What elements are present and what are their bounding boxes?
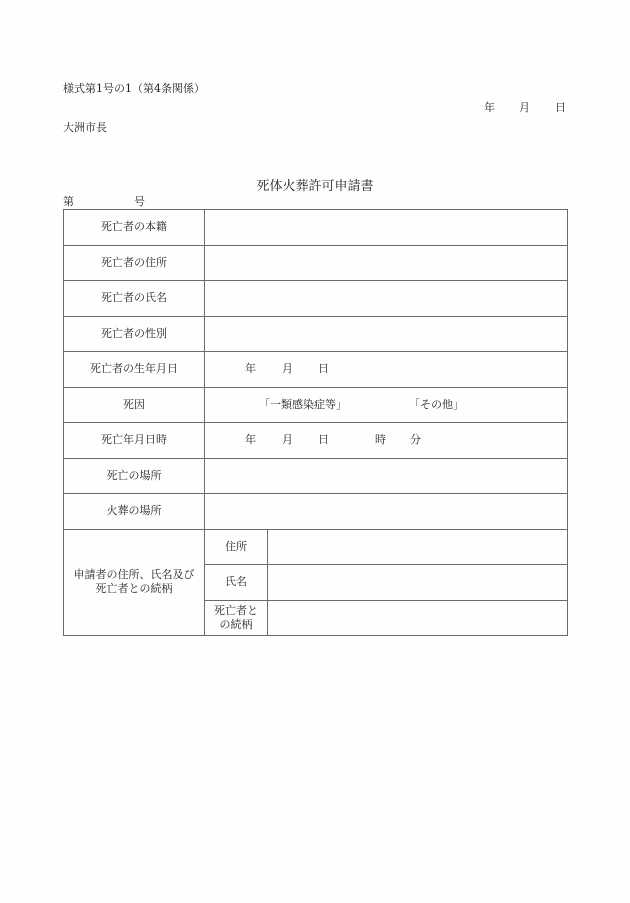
- row-label: 死亡者の生年月日: [64, 352, 205, 388]
- table-row: 死亡者の性別: [64, 316, 568, 352]
- relationship-label-line1: 死亡者と: [205, 604, 267, 618]
- row-label: 火葬の場所: [64, 494, 205, 530]
- row-label: 死亡者の性別: [64, 316, 205, 352]
- table-row: 死亡者の生年月日 年 月 日: [64, 352, 568, 388]
- date-month-label: 月: [519, 99, 530, 115]
- table-row: 死因 「一類感染症等」 「その他」: [64, 387, 568, 423]
- table-row: 死亡者の住所: [64, 245, 568, 281]
- birthdate-field[interactable]: 年 月 日: [205, 352, 568, 388]
- applicant-label-line1: 申請者の住所、氏名及び: [64, 568, 204, 582]
- year-label: 年: [245, 362, 256, 376]
- relationship-field[interactable]: [268, 600, 568, 636]
- cause-of-death-field[interactable]: 「一類感染症等」 「その他」: [205, 387, 568, 423]
- form-id: 様式第1号の1（第4条関係）: [63, 80, 205, 96]
- name-field[interactable]: [205, 281, 568, 317]
- day-label: 日: [318, 362, 329, 376]
- address-field[interactable]: [205, 245, 568, 281]
- table-row: 死亡者の氏名: [64, 281, 568, 317]
- hour-label: 時: [375, 433, 386, 447]
- minute-label: 分: [410, 433, 421, 447]
- table-row: 申請者の住所、氏名及び 死亡者との続柄 住所: [64, 529, 568, 565]
- applicant-name-label: 氏名: [205, 565, 268, 601]
- relationship-label: 死亡者と の続柄: [205, 600, 268, 636]
- relationship-label-line2: の続柄: [205, 618, 267, 632]
- application-form-table: 死亡者の本籍 死亡者の住所 死亡者の氏名 死亡者の性別 死亡者の生年月日 年 月…: [63, 209, 568, 636]
- number-prefix: 第: [63, 193, 74, 209]
- table-row: 死亡の場所: [64, 458, 568, 494]
- row-label: 死亡の場所: [64, 458, 205, 494]
- applicant-label: 申請者の住所、氏名及び 死亡者との続柄: [64, 529, 205, 636]
- row-label: 死亡者の住所: [64, 245, 205, 281]
- cremation-place-field[interactable]: [205, 494, 568, 530]
- place-of-death-field[interactable]: [205, 458, 568, 494]
- table-row: 死亡年月日時 年 月 日 時 分: [64, 423, 568, 459]
- month-label: 月: [282, 433, 293, 447]
- row-label: 死亡年月日時: [64, 423, 205, 459]
- day-label: 日: [318, 433, 329, 447]
- date-day-label: 日: [555, 99, 566, 115]
- cause-option-other[interactable]: 「その他」: [409, 398, 464, 412]
- death-datetime-field[interactable]: 年 月 日 時 分: [205, 423, 568, 459]
- row-label: 死亡者の氏名: [64, 281, 205, 317]
- applicant-address-field[interactable]: [268, 529, 568, 565]
- number-suffix: 号: [134, 193, 145, 209]
- row-label: 死亡者の本籍: [64, 210, 205, 246]
- applicant-label-line2: 死亡者との続柄: [64, 582, 204, 596]
- date-year-label: 年: [484, 99, 495, 115]
- cause-option-infectious[interactable]: 「一類感染症等」: [259, 398, 347, 412]
- addressee: 大洲市長: [63, 119, 107, 135]
- applicant-name-field[interactable]: [268, 565, 568, 601]
- applicant-address-label: 住所: [205, 529, 268, 565]
- table-row: 火葬の場所: [64, 494, 568, 530]
- year-label: 年: [245, 433, 256, 447]
- row-label: 死因: [64, 387, 205, 423]
- month-label: 月: [282, 362, 293, 376]
- sex-field[interactable]: [205, 316, 568, 352]
- page-title: 死体火葬許可申請書: [0, 175, 630, 194]
- domicile-field[interactable]: [205, 210, 568, 246]
- table-row: 死亡者の本籍: [64, 210, 568, 246]
